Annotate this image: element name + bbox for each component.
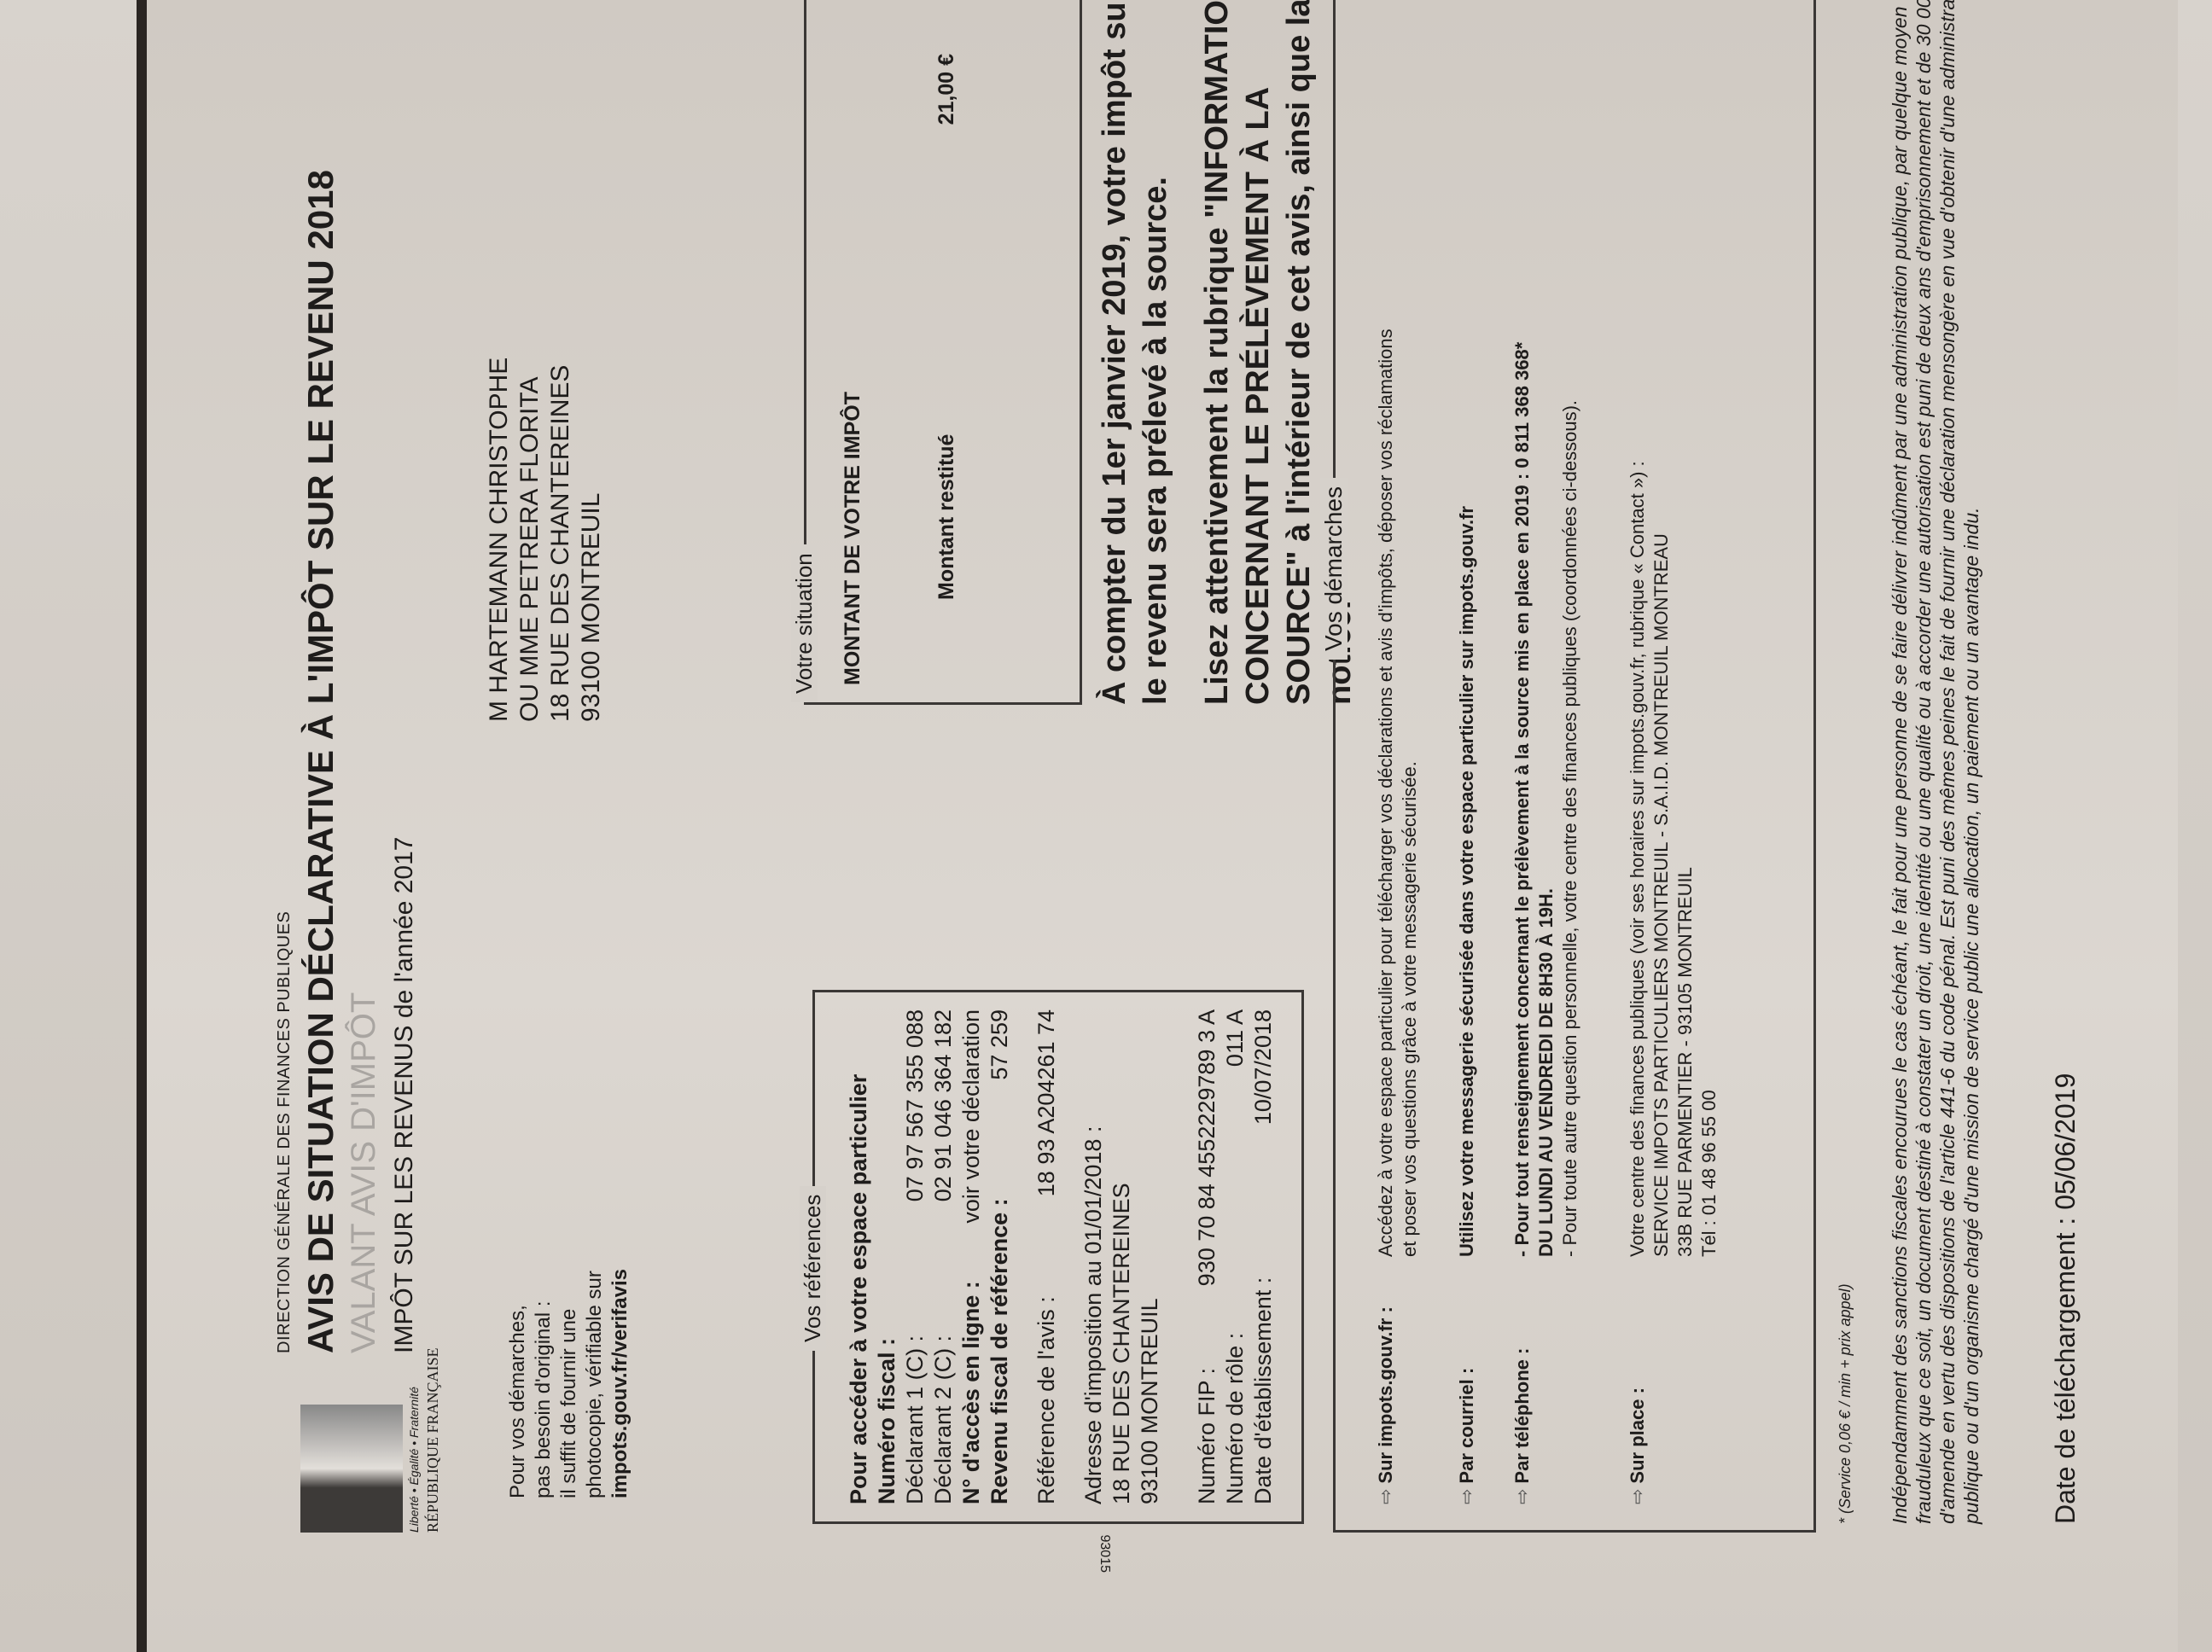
demarche-courriel: ⇨Par courriel : Utilisez votre messageri… [1455, 0, 1479, 1504]
recipient-address: M HARTEMANN CHRISTOPHE OU MME PETRERA FL… [484, 358, 607, 722]
demarche-telephone: ⇨Par téléphone : - Pour tout renseigneme… [1511, 0, 1582, 1504]
espace-title: Pour accéder à votre espace particulier [845, 1009, 873, 1504]
document-title: AVIS DE SITUATION DÉCLARATIVE À L'IMPÔT … [300, 170, 341, 1353]
references-legend: Vos références [800, 1186, 826, 1351]
demarche-impots-gouv: ⇨Sur impots.gouv.fr : Accédez à votre es… [1374, 0, 1422, 1504]
download-date: Date de téléchargement : 05/06/2019 [2050, 1073, 2081, 1524]
verifavis-link[interactable]: impots.gouv.fr/verifavis [608, 1269, 633, 1498]
arrow-right-icon: ⇨ [1375, 1489, 1396, 1504]
marianne-logo [300, 1405, 403, 1533]
direction-generale: DIRECTION GÉNÉRALE DES FINANCES PUBLIQUE… [275, 911, 294, 1353]
fip-row: Numéro FIP :930 70 84 4552229789 3 A [1193, 1009, 1221, 1504]
service-footnote: * (Service 0,06 € / min + prix appel) [1837, 1283, 1854, 1524]
republique-devise: Liberté • Égalité • Fraternité [407, 1387, 421, 1533]
republique-francaise: RÉPUBLIQUE FRANÇAISE [424, 1347, 442, 1533]
situation-box: Votre situation MONTANT DE VOTRE IMPÔT 0… [804, 0, 1082, 705]
montant-restitue-value: 21,00 € [934, 54, 959, 125]
demarches-legend: Vos démarches [1320, 478, 1348, 660]
verification-notice: Pour vos démarches, pas besoin d'origina… [505, 1269, 633, 1498]
ref-avis-row: Référence de l'avis :18 93 A204261 74 [1033, 1009, 1061, 1504]
montant-impot-label: MONTANT DE VOTRE IMPÔT [841, 392, 865, 685]
valant-avis: VALANT AVIS D'IMPÔT [345, 992, 383, 1353]
demarches-box: Vos démarches ⇨Sur impots.gouv.fr : Accé… [1333, 0, 1816, 1533]
prelevement-notice: À compter du 1er janvier 2019, votre imp… [1094, 0, 1176, 705]
paper-edge [137, 0, 147, 1652]
montant-restitue-label: Montant restitué [934, 434, 959, 600]
arrow-right-icon: ⇨ [1627, 1489, 1648, 1504]
date-etab-row: Date d'établissement :10/07/2018 [1249, 1009, 1278, 1504]
arrow-right-icon: ⇨ [1456, 1489, 1477, 1504]
demarche-sur-place: ⇨Sur place : Votre centre des finances p… [1626, 0, 1721, 1504]
arrow-right-icon: ⇨ [1511, 1489, 1533, 1504]
declarant1-row: Déclarant 1 (C) :07 97 567 355 088 [901, 1009, 929, 1504]
legal-notice: Indépendamment des sanctions fiscales en… [1888, 0, 1983, 1524]
tax-notice-page: Liberté • Égalité • Fraternité RÉPUBLIQU… [147, 0, 2178, 1652]
references-box: Vos références Pour accéder à votre espa… [812, 990, 1304, 1524]
acces-row: N° d'accès en ligne :voir votre déclarat… [958, 1009, 986, 1504]
impot-year-line: IMPÔT SUR LES REVENUS de l'année 2017 [390, 837, 419, 1353]
rfr-row: Revenu fiscal de référence :57 259 [986, 1009, 1014, 1504]
side-code: 93015 [1097, 1535, 1112, 1573]
situation-legend: Votre situation [791, 544, 818, 702]
role-row: Numéro de rôle :011 A [1221, 1009, 1249, 1504]
declarant2-row: Déclarant 2 (C) :02 91 046 364 182 [929, 1009, 958, 1504]
